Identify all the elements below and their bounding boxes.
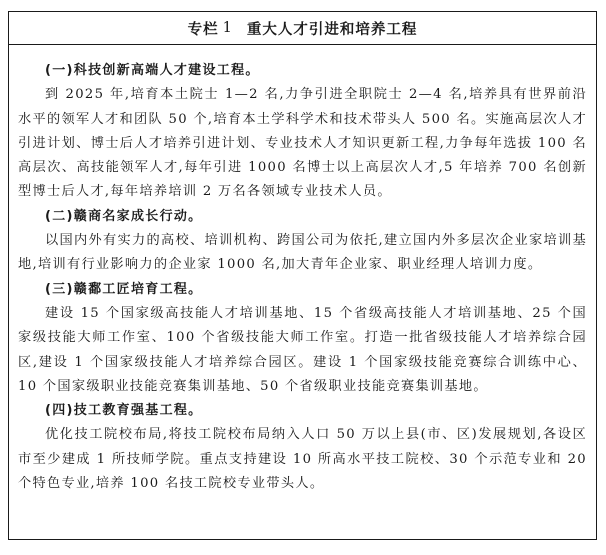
section-heading: (三)赣鄱工匠培育工程。 bbox=[18, 278, 587, 302]
box-title-number: 1 bbox=[223, 20, 233, 36]
feature-box: 专栏 1 重大人才引进和培养工程 (一)科技创新高端人才建设工程。 到 2025… bbox=[8, 11, 597, 540]
box-title-prefix: 专栏 bbox=[188, 18, 219, 39]
section-body: 到 2025 年,培育本土院士 1—2 名,力争引进全职院士 2—4 名,培养具… bbox=[18, 83, 587, 204]
section-body: 以国内外有实力的高校、培训机构、跨国公司为依托,建立国内外多层次企业家培训基地,… bbox=[18, 229, 587, 278]
section-heading: (四)技工教育强基工程。 bbox=[18, 399, 587, 423]
section-body: 优化技工院校布局,将技工院校布局纳入人口 50 万以上县(市、区)发展规划,各设… bbox=[18, 423, 587, 496]
section-heading: (二)赣商名家成长行动。 bbox=[18, 205, 587, 229]
box-content: (一)科技创新高端人才建设工程。 到 2025 年,培育本土院士 1—2 名,力… bbox=[9, 45, 596, 496]
section-body: 建设 15 个国家级高技能人才培训基地、15 个省级高技能人才培训基地、25 个… bbox=[18, 302, 587, 399]
box-title-text: 重大人才引进和培养工程 bbox=[247, 18, 418, 39]
section-heading: (一)科技创新高端人才建设工程。 bbox=[18, 59, 587, 83]
box-title: 专栏 1 重大人才引进和培养工程 bbox=[9, 12, 596, 45]
